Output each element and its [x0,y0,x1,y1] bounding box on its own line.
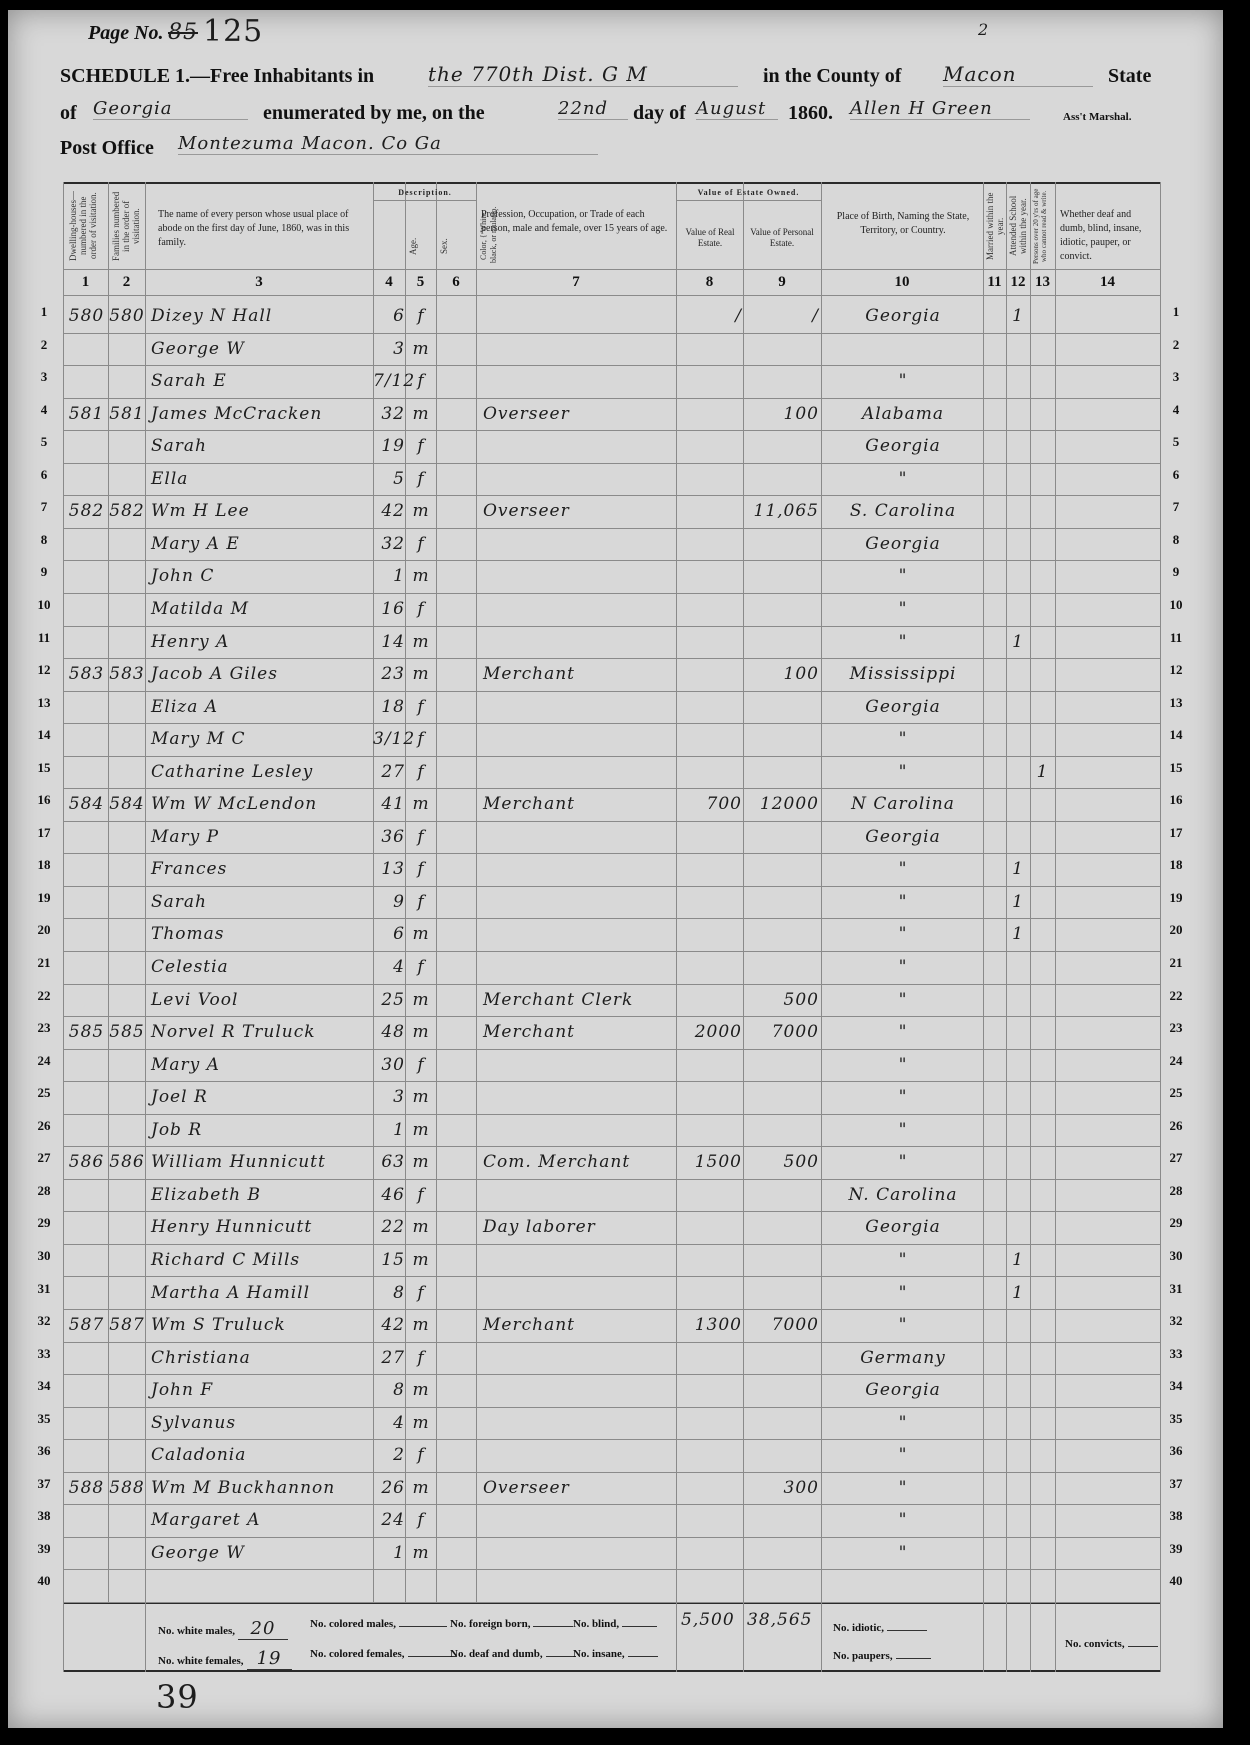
page-number: 125 [203,14,263,49]
col-number: 12 [1006,274,1030,291]
month-field: August [696,98,778,120]
sex: f [407,697,435,717]
person-name: Christiana [151,1348,373,1368]
personal-estate-value: 500 [743,1152,819,1172]
row-number-left: 7 [33,499,55,515]
sex: m [407,1413,435,1433]
row-number-left: 17 [33,825,55,841]
age: 30 [373,1055,405,1075]
person-name: Wm S Truluck [151,1315,373,1335]
age: 22 [373,1217,405,1237]
row-number-left: 35 [33,1411,55,1427]
personal-estate-value: 300 [743,1478,819,1498]
row-number-right: 31 [1165,1281,1187,1297]
district-field: the 770th Dist. G M [428,62,738,87]
sex: m [407,1543,435,1563]
person-name: Levi Vool [151,990,373,1010]
place-of-birth: N. Carolina [823,1185,983,1205]
sex: f [407,371,435,391]
sex: m [407,1217,435,1237]
personal-estate-value: / [743,306,819,326]
row-number-right: 36 [1165,1443,1187,1459]
place-of-birth: " [823,469,983,489]
sex: m [407,566,435,586]
age: 41 [373,794,405,814]
person-name: Thomas [151,924,373,944]
sex: f [407,957,435,977]
sex: m [407,1152,435,1172]
family-number: 584 [109,794,145,814]
personal-estate-value: 7000 [743,1022,819,1042]
age: 36 [373,827,405,847]
row-number-left: 31 [33,1281,55,1297]
dwelling-number: 588 [65,1478,108,1498]
sex: f [407,599,435,619]
age: 27 [373,762,405,782]
row-number-right: 38 [1165,1508,1187,1524]
age: 18 [373,697,405,717]
row-number-right: 12 [1165,662,1187,678]
place-of-birth: " [823,599,983,619]
age: 4 [373,1413,405,1433]
family-number: 586 [109,1152,145,1172]
row-number-left: 8 [33,532,55,548]
person-name: Mary P [151,827,373,847]
row-number-right: 32 [1165,1313,1187,1329]
row-number-left: 13 [33,695,55,711]
row-number-left: 10 [33,597,55,613]
place-of-birth: Georgia [823,534,983,554]
age: 1 [373,566,405,586]
sex: m [407,339,435,359]
row-number-left: 38 [33,1508,55,1524]
family-number: 588 [109,1478,145,1498]
age: 42 [373,501,405,521]
state-field: Georgia [93,98,248,120]
place-of-birth: Georgia [823,697,983,717]
person-name: Margaret A [151,1510,373,1530]
person-name: Mary A [151,1055,373,1075]
day-field: 22nd [558,98,628,120]
row-number-right: 6 [1165,467,1187,483]
age: 4 [373,957,405,977]
white-males-label: No. white males,20 [158,1618,288,1640]
place-of-birth: Georgia [823,1380,983,1400]
place-of-birth: " [823,957,983,977]
sex: m [407,924,435,944]
deaf-dumb-label: No. deaf and dumb, [450,1648,576,1660]
age: 23 [373,664,405,684]
row-number-right: 10 [1165,597,1187,613]
sex: f [407,469,435,489]
row-number-right: 23 [1165,1020,1187,1036]
row-number-right: 8 [1165,532,1187,548]
row-number-right: 26 [1165,1118,1187,1134]
place-of-birth: " [823,1543,983,1563]
sex: f [407,1055,435,1075]
sex: m [407,794,435,814]
age: 14 [373,632,405,652]
dwelling-number: 581 [65,404,108,424]
person-name: William Hunnicutt [151,1152,373,1172]
year-label: 1860. [788,102,833,125]
row-number-left: 40 [33,1573,55,1589]
age: 19 [373,436,405,456]
occupation: Merchant Clerk [483,990,673,1010]
row-number-left: 21 [33,955,55,971]
place-of-birth: S. Carolina [823,501,983,521]
col-number: 7 [476,274,676,291]
sex: f [407,436,435,456]
page-number-label: Page No. [88,22,164,45]
place-of-birth: " [823,1478,983,1498]
col-number: 13 [1030,274,1055,291]
real-estate-value: 2000 [676,1022,742,1042]
dwelling-number: 583 [65,664,108,684]
place-of-birth: Alabama [823,404,983,424]
sex: f [407,534,435,554]
corner-mark: 2 [978,20,989,39]
place-of-birth: " [823,1022,983,1042]
place-of-birth: " [823,729,983,749]
cannot-read-write: 1 [1030,762,1055,782]
place-of-birth: Georgia [823,827,983,847]
place-of-birth: " [823,1283,983,1303]
attended-school: 1 [1006,859,1030,879]
personal-estate-value: 500 [743,990,819,1010]
personal-estate-total: 38,565 [747,1610,812,1630]
row-number-left: 18 [33,857,55,873]
sex: f [407,859,435,879]
place-of-birth: " [823,1055,983,1075]
row-number-right: 4 [1165,402,1187,418]
row-number-left: 29 [33,1215,55,1231]
family-number: 585 [109,1022,145,1042]
occupation: Overseer [483,501,673,521]
age: 24 [373,1510,405,1530]
description-header: Description. [375,186,475,200]
age: 26 [373,1478,405,1498]
dwelling-number: 580 [65,306,108,326]
sex: f [407,892,435,912]
row-number-right: 28 [1165,1183,1187,1199]
col12-header: Attended School within the year. [1008,187,1029,265]
real-estate-value: 1500 [676,1152,742,1172]
col-number: 9 [743,274,821,291]
col2-header: Families numbered in the order of visita… [111,187,143,265]
person-name: Jacob A Giles [151,664,373,684]
family-number: 583 [109,664,145,684]
occupation: Merchant [483,794,673,814]
age: 32 [373,404,405,424]
dwelling-number: 586 [65,1152,108,1172]
place-of-birth: " [823,1250,983,1270]
dwelling-number: 584 [65,794,108,814]
person-name: John C [151,566,373,586]
place-of-birth: Germany [823,1348,983,1368]
row-number-right: 2 [1165,337,1187,353]
county-label: in the County of [763,65,901,88]
age: 48 [373,1022,405,1042]
col9-header: Value of Personal Estate. [745,227,819,249]
col4-header: Age. [408,227,432,265]
age: 6 [373,306,405,326]
row-number-left: 5 [33,434,55,450]
personal-estate-value: 12000 [743,794,819,814]
sex: f [407,1445,435,1465]
row-number-left: 27 [33,1150,55,1166]
person-name: Caladonia [151,1445,373,1465]
occupation: Merchant [483,664,673,684]
place-of-birth: " [823,1152,983,1172]
row-number-left: 20 [33,922,55,938]
attended-school: 1 [1006,924,1030,944]
enumerated-label: enumerated by me, on the [263,102,485,125]
occupation: Overseer [483,404,673,424]
age: 9 [373,892,405,912]
place-of-birth: " [823,1413,983,1433]
col-number: 8 [676,274,743,291]
dwelling-number: 582 [65,501,108,521]
person-name: George W [151,1543,373,1563]
place-of-birth: " [823,762,983,782]
row-number-right: 24 [1165,1053,1187,1069]
occupation: Day laborer [483,1217,673,1237]
row-number-right: 15 [1165,760,1187,776]
person-name: Sarah [151,436,373,456]
dwelling-number: 585 [65,1022,108,1042]
day-of-label: day of [633,102,686,125]
age: 6 [373,924,405,944]
attended-school: 1 [1006,632,1030,652]
sex: m [407,1315,435,1335]
colored-females-label: No. colored females, [310,1648,456,1660]
margin-note: 39 [156,1678,199,1716]
row-number-left: 6 [33,467,55,483]
post-office-field: Montezuma Macon. Co Ga [178,133,598,155]
sex: m [407,1380,435,1400]
row-number-left: 39 [33,1541,55,1557]
row-number-right: 14 [1165,727,1187,743]
place-of-birth: Georgia [823,1217,983,1237]
col-number: 10 [821,274,983,291]
row-number-left: 34 [33,1378,55,1394]
place-of-birth: " [823,632,983,652]
col3-header: The name of every person whose usual pla… [158,208,363,250]
place-of-birth: " [823,1120,983,1140]
person-name: Dizey N Hall [151,306,373,326]
row-number-left: 15 [33,760,55,776]
personal-estate-value: 11,065 [743,501,819,521]
person-name: Eliza A [151,697,373,717]
sex: m [407,632,435,652]
occupation: Overseer [483,1478,673,1498]
sex: f [407,762,435,782]
personal-estate-value: 100 [743,664,819,684]
person-name: John F [151,1380,373,1400]
row-number-left: 23 [33,1020,55,1036]
person-name: Catharine Lesley [151,762,373,782]
row-number-left: 1 [33,304,55,320]
age: 5 [373,469,405,489]
row-number-right: 30 [1165,1248,1187,1264]
person-name: Job R [151,1120,373,1140]
person-name: George W [151,339,373,359]
row-number-right: 33 [1165,1346,1187,1362]
col-number: 3 [145,274,373,291]
sex: m [407,404,435,424]
post-office-label: Post Office [60,137,154,160]
row-number-right: 16 [1165,792,1187,808]
attended-school: 1 [1006,306,1030,326]
row-number-left: 25 [33,1085,55,1101]
family-number: 580 [109,306,145,326]
age: 63 [373,1152,405,1172]
age: 16 [373,599,405,619]
real-estate-value: 700 [676,794,742,814]
sex: f [407,1510,435,1530]
real-estate-value: 1300 [676,1315,742,1335]
row-number-right: 18 [1165,857,1187,873]
row-number-left: 24 [33,1053,55,1069]
row-number-right: 29 [1165,1215,1187,1231]
sex: m [407,1120,435,1140]
estate-header: Value of Estate Owned. [676,186,821,200]
age: 46 [373,1185,405,1205]
row-number-left: 12 [33,662,55,678]
person-name: Frances [151,859,373,879]
person-name: Wm W McLendon [151,794,373,814]
age: 13 [373,859,405,879]
age: 3 [373,339,405,359]
place-of-birth: " [823,1087,983,1107]
age: 1 [373,1120,405,1140]
person-name: James McCracken [151,404,373,424]
row-number-right: 40 [1165,1573,1187,1589]
row-number-right: 11 [1165,630,1187,646]
age: 42 [373,1315,405,1335]
person-name: Mary M C [151,729,373,749]
attended-school: 1 [1006,1250,1030,1270]
row-number-right: 7 [1165,499,1187,515]
blind-label: No. blind, [573,1618,657,1630]
occupation: Com. Merchant [483,1152,673,1172]
col13-header: Persons over 20 y'rs of age who cannot r… [1032,187,1054,265]
person-name: Wm H Lee [151,501,373,521]
occupation: Merchant [483,1022,673,1042]
age: 15 [373,1250,405,1270]
person-name: Matilda M [151,599,373,619]
sex: f [407,827,435,847]
col14-header: Whether deaf and dumb, blind, insane, id… [1060,208,1156,264]
col1-header: Dwelling-houses—numbered in the order of… [68,187,104,265]
col-number: 1 [63,274,108,291]
personal-estate-value: 100 [743,404,819,424]
person-name: Martha A Hamill [151,1283,373,1303]
sex: f [407,306,435,326]
dwelling-number: 587 [65,1315,108,1335]
marshal-label: Ass't Marshal. [1063,111,1131,123]
person-name: Richard C Mills [151,1250,373,1270]
age: 3/12 [373,729,405,749]
person-name: Celestia [151,957,373,977]
row-number-left: 16 [33,792,55,808]
census-table: Dwelling-houses—numbered in the order of… [63,182,1160,1672]
of-label: of [60,102,77,125]
person-name: Joel R [151,1087,373,1107]
sex: f [407,1185,435,1205]
age: 2 [373,1445,405,1465]
census-page: Page No. 85 125 2 SCHEDULE 1.—Free Inhab… [8,10,1223,1728]
age: 25 [373,990,405,1010]
sex: m [407,1087,435,1107]
place-of-birth: " [823,859,983,879]
age: 7/12 [373,371,405,391]
place-of-birth: " [823,566,983,586]
row-number-left: 33 [33,1346,55,1362]
row-number-left: 4 [33,402,55,418]
row-number-left: 28 [33,1183,55,1199]
county-field: Macon [943,62,1093,87]
age: 27 [373,1348,405,1368]
row-number-right: 3 [1165,369,1187,385]
sex: m [407,664,435,684]
sex: f [407,729,435,749]
row-number-right: 34 [1165,1378,1187,1394]
person-name: Sarah E [151,371,373,391]
white-females-value: 19 [247,1648,292,1670]
schedule-label: SCHEDULE 1.—Free Inhabitants in [60,65,374,88]
age: 8 [373,1283,405,1303]
row-number-right: 20 [1165,922,1187,938]
place-of-birth: Georgia [823,436,983,456]
col7-header: Profession, Occupation, or Trade of each… [481,208,671,236]
row-number-left: 36 [33,1443,55,1459]
sex: f [407,1348,435,1368]
person-name: Ella [151,469,373,489]
place-of-birth: " [823,990,983,1010]
row-number-right: 5 [1165,434,1187,450]
row-number-right: 1 [1165,304,1187,320]
col8-header: Value of Real Estate. [678,227,742,249]
idiotic-label: No. idiotic, [833,1622,927,1634]
row-number-left: 9 [33,564,55,580]
col-number: 14 [1055,274,1160,291]
row-number-right: 19 [1165,890,1187,906]
age: 8 [373,1380,405,1400]
age: 32 [373,534,405,554]
person-name: Sarah [151,892,373,912]
sex: f [407,1283,435,1303]
sex: m [407,1022,435,1042]
personal-estate-value: 7000 [743,1315,819,1335]
state-label: State [1108,65,1151,88]
row-number-left: 30 [33,1248,55,1264]
family-number: 587 [109,1315,145,1335]
sex: m [407,1250,435,1270]
person-name: Sylvanus [151,1413,373,1433]
family-number: 582 [109,501,145,521]
row-number-right: 35 [1165,1411,1187,1427]
row-number-right: 17 [1165,825,1187,841]
age: 3 [373,1087,405,1107]
col-number: 5 [405,274,436,291]
row-number-right: 13 [1165,695,1187,711]
row-number-right: 25 [1165,1085,1187,1101]
person-name: Norvel R Truluck [151,1022,373,1042]
row-number-left: 2 [33,337,55,353]
person-name: Wm M Buckhannon [151,1478,373,1498]
